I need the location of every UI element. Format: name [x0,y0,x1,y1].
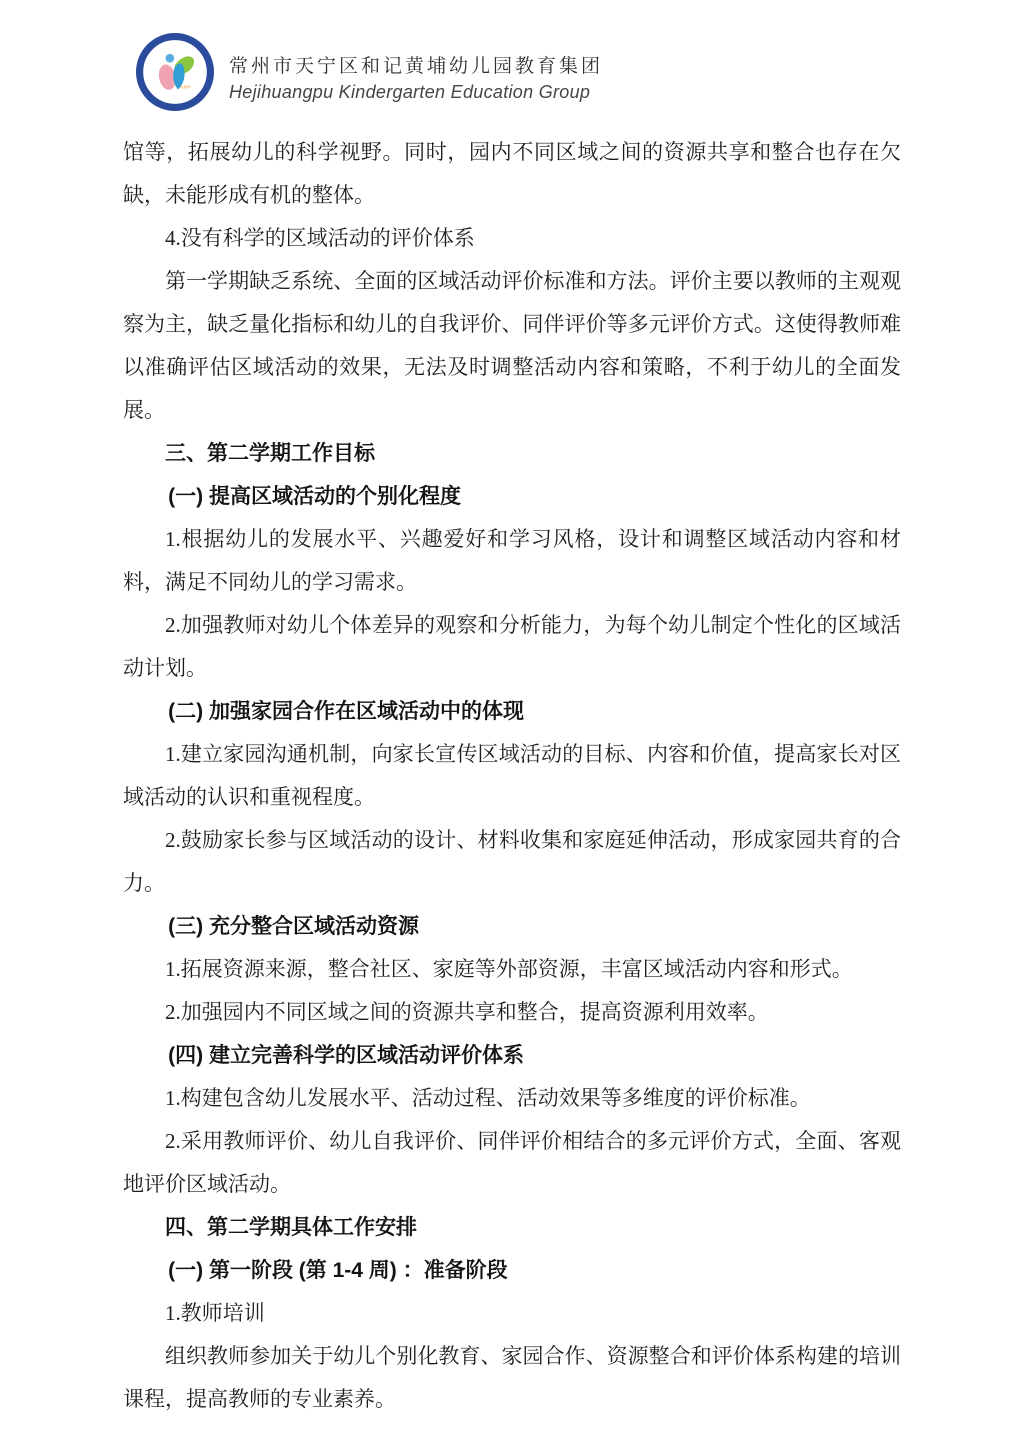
org-name-en: Hejihuangpu Kindergarten Education Group [229,79,603,105]
document-body: 馆等，拓展幼儿的科学视野。同时，园内不同区域之间的资源共享和整合也存在欠缺，未能… [0,111,1024,1421]
logo-center-mark: HJHP [180,84,191,89]
paragraph: 1.教师培训 [123,1292,901,1335]
paragraph: 2.加强教师对幼儿个体差异的观察和分析能力，为每个幼儿制定个性化的区域活动计划。 [123,604,901,690]
org-names: 常州市天宁区和记黄埔幼儿园教育集团 Hejihuangpu Kindergart… [229,39,603,105]
org-logo: HEJI HUANGPU PRESCHOOL EDUCATION GROUP 和… [136,33,214,111]
paragraph: 馆等，拓展幼儿的科学视野。同时，园内不同区域之间的资源共享和整合也存在欠缺，未能… [123,131,901,217]
paragraph: 2.采用教师评价、幼儿自我评价、同伴评价相结合的多元评价方式，全面、客观地评价区… [123,1120,901,1206]
paragraph: 第一学期缺乏系统、全面的区域活动评价标准和方法。评价主要以教师的主观观察为主，缺… [123,260,901,432]
paragraph: 1.拓展资源来源，整合社区、家庭等外部资源，丰富区域活动内容和形式。 [123,948,901,991]
letterhead: HEJI HUANGPU PRESCHOOL EDUCATION GROUP 和… [0,0,1024,111]
document-page: HEJI HUANGPU PRESCHOOL EDUCATION GROUP 和… [0,0,1024,1448]
sub-heading: (一) 第一阶段 (第 1-4 周) ：准备阶段 [123,1249,901,1292]
sub-heading: (一) 提高区域活动的个别化程度 [123,475,901,518]
org-logo-badge: HEJI HUANGPU PRESCHOOL EDUCATION GROUP 和… [136,33,214,111]
sub-heading: (二) 加强家园合作在区域活动中的体现 [123,690,901,733]
paragraph: 1.根据幼儿的发展水平、兴趣爱好和学习风格，设计和调整区域活动内容和材料，满足不… [123,518,901,604]
paragraph: 4.没有科学的区域活动的评价体系 [123,217,901,260]
paragraph: 2.鼓励家长参与区域活动的设计、材料收集和家庭延伸活动，形成家园共育的合力。 [123,819,901,905]
paragraph: 1.构建包含幼儿发展水平、活动过程、活动效果等多维度的评价标准。 [123,1077,901,1120]
logo-figure-head-icon [166,54,175,63]
sub-heading: (四) 建立完善科学的区域活动评价体系 [123,1034,901,1077]
paragraph: 1.建立家园沟通机制，向家长宣传区域活动的目标、内容和价值，提高家长对区域活动的… [123,733,901,819]
section-heading: 三、第二学期工作目标 [123,432,901,475]
section-heading: 四、第二学期具体工作安排 [123,1206,901,1249]
paragraph: 组织教师参加关于幼儿个别化教育、家园合作、资源整合和评价体系构建的培训课程，提高… [123,1335,901,1421]
paragraph: 2.加强园内不同区域之间的资源共享和整合，提高资源利用效率。 [123,991,901,1034]
org-name-zh: 常州市天宁区和记黄埔幼儿园教育集团 [229,53,603,79]
sub-heading: (三) 充分整合区域活动资源 [123,905,901,948]
